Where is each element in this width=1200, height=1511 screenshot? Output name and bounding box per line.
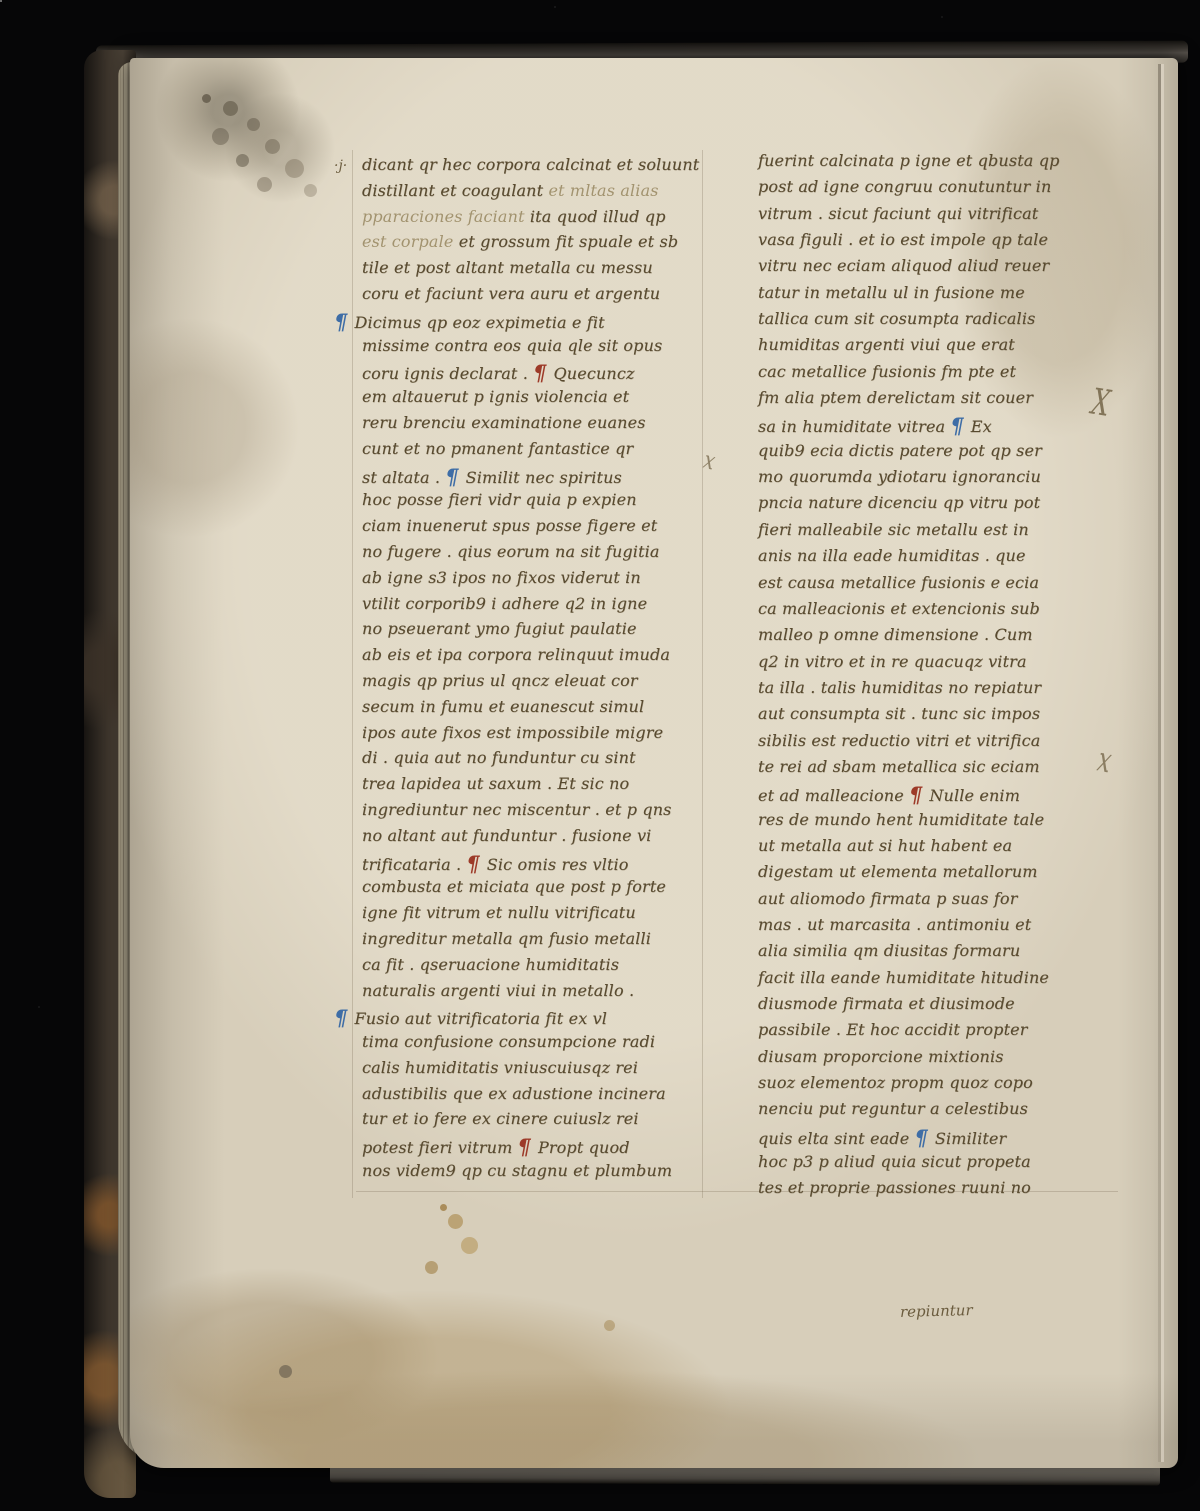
pilcrow-blue-icon: ¶ (914, 1127, 928, 1148)
text-line: hoc posse fieri vidr quia p expien (362, 490, 714, 516)
parchment-page: ·j· x X x dicant qr hec corpora calcinat… (130, 58, 1178, 1468)
line-text: facit illa eande humiditate hitudine (758, 968, 1049, 987)
line-text: sibilis est reductio vitri et vitrifica (758, 731, 1040, 750)
text-line: sibilis est reductio vitri et vitrifica (758, 731, 1110, 757)
text-line: em altauerut p ignis violencia et (362, 387, 714, 413)
text-line: ca fit . qseruacione humiditatis (362, 955, 714, 981)
pilcrow-blue-icon: ¶ (334, 1007, 348, 1028)
line-text: te rei ad sbam metallica sic eciam (758, 757, 1040, 776)
text-line: ab eis et ipa corpora relinquut imuda (362, 645, 714, 671)
text-line: anis na illa eade humiditas . que (758, 546, 1110, 572)
text-line: vitru nec eciam aliquod aliud reuer (758, 256, 1110, 282)
pilcrow-red-icon: ¶ (517, 1136, 531, 1157)
line-text: vitrum . sicut faciunt qui vitrificat (758, 204, 1038, 223)
text-line: calis humiditatis vniuscuiusqz rei (362, 1058, 714, 1084)
text-line: trea lapidea ut saxum . Et sic no (362, 774, 714, 800)
text-line: diusam proporcione mixtionis (758, 1047, 1110, 1073)
text-line: ¶Fusio aut vitrificatoria fit ex vl (362, 1006, 714, 1032)
line-text: vitru nec eciam aliquod aliud reuer (758, 256, 1049, 275)
stain-droplets (440, 1204, 447, 1211)
line-text: et mltas alias (548, 181, 658, 200)
line-text: no fugere . qius eorum na sit fugitia (362, 542, 660, 561)
margin-signature-mark: ·j· (334, 158, 347, 174)
pilcrow-blue-icon: ¶ (445, 466, 459, 487)
text-column-right: fuerint calcinata p igne et qbusta qppos… (758, 151, 1110, 1205)
line-text: ipos aute fixos est impossibile migre (362, 723, 663, 742)
pilcrow-blue-icon: ¶ (334, 311, 348, 332)
line-text: adustibilis que ex adustione incinera (362, 1084, 666, 1103)
line-text: trificataria . (362, 855, 461, 874)
line-text: post ad igne congruu conutuntur in (758, 177, 1051, 196)
line-text: tima confusione consumpcione radi (362, 1032, 655, 1051)
pilcrow-red-icon: ¶ (466, 853, 480, 874)
line-text: ciam inuenerut spus posse figere et (362, 516, 657, 535)
text-line: te rei ad sbam metallica sic eciam (758, 757, 1110, 783)
line-text: digestam ut elementa metallorum (758, 862, 1038, 881)
line-text: ta illa . talis humiditas no repiatur (758, 678, 1041, 697)
text-line: cunt et no pmanent fantastice qr (362, 439, 714, 465)
line-text: naturalis argenti viui in metallo . (362, 981, 634, 1000)
text-line: vtilit corporib9 i adhere q2 in igne (362, 594, 714, 620)
line-text: ut metalla aut si hut habent ea (758, 836, 1012, 855)
text-line: est corpale et grossum fit spuale et sb (362, 232, 714, 258)
text-line: di . quia aut no funduntur cu sint (362, 748, 714, 774)
text-line: sa in humiditate vitrea¶Ex (758, 414, 1110, 440)
line-text: igne fit vitrum et nullu vitrificatu (362, 903, 636, 922)
text-line: ingreditur metalla qm fusio metalli (362, 929, 714, 955)
text-line: coru ignis declarat .¶Quecuncz (362, 361, 714, 387)
text-line: reru brenciu examinatione euanes (362, 413, 714, 439)
text-line: mas . ut marcasita . antimoniu et (758, 915, 1110, 941)
text-line: facit illa eande humiditate hitudine (758, 968, 1110, 994)
line-text: diusmode firmata et diusimode (758, 994, 1015, 1013)
text-line: hoc p3 p aliud quia sicut propeta (758, 1152, 1110, 1178)
text-line: tatur in metallu ul in fusione me (758, 283, 1110, 309)
line-text: pparaciones faciant (362, 207, 530, 226)
line-text: st altata . (362, 468, 440, 487)
line-text: tur et io fere ex cinere cuiuslz rei (362, 1109, 639, 1128)
text-line: dicant qr hec corpora calcinat et soluun… (362, 155, 714, 181)
line-text: mas . ut marcasita . antimoniu et (758, 915, 1031, 934)
catchword: repiuntur (900, 1301, 973, 1321)
text-line: tima confusione consumpcione radi (362, 1032, 714, 1058)
line-text: Ex (971, 417, 992, 436)
text-line: missime contra eos quia qle sit opus (362, 336, 714, 362)
text-line: cac metallice fusionis fm pte et (758, 362, 1110, 388)
text-line: naturalis argenti viui in metallo . (362, 981, 714, 1007)
line-text: ab igne s3 ipos no fixos viderut in (362, 568, 641, 587)
line-text: vasa figuli . et io est impole qp tale (758, 230, 1048, 249)
text-line: ta illa . talis humiditas no repiatur (758, 678, 1110, 704)
text-line: adustibilis que ex adustione incinera (362, 1084, 714, 1110)
pilcrow-red-icon: ¶ (533, 362, 547, 383)
line-text: tallica cum sit cosumpta radicalis (758, 309, 1035, 328)
text-line: et ad malleacione¶Nulle enim (758, 783, 1110, 809)
text-line: quis elta sint eade¶Similiter (758, 1126, 1110, 1152)
text-line: diusmode firmata et diusimode (758, 994, 1110, 1020)
line-text: magis qp prius ul qncz eleuat cor (362, 671, 638, 690)
line-text: missime contra eos quia qle sit opus (362, 336, 662, 355)
text-line: passibile . Et hoc accidit propter (758, 1020, 1110, 1046)
stain-speckles (202, 94, 211, 103)
text-line: est causa metallice fusionis e ecia (758, 573, 1110, 599)
line-text: coru ignis declarat . (362, 364, 528, 383)
line-text: distillant et coagulant (362, 181, 548, 200)
line-text: diusam proporcione mixtionis (758, 1047, 1004, 1066)
text-line: vitrum . sicut faciunt qui vitrificat (758, 204, 1110, 230)
text-line: secum in fumu et euanescut simul (362, 697, 714, 723)
line-text: ingreditur metalla qm fusio metalli (362, 929, 651, 948)
text-line: trificataria .¶Sic omis res vltio (362, 852, 714, 878)
line-text: hoc p3 p aliud quia sicut propeta (758, 1152, 1031, 1171)
line-text: Similiter (935, 1129, 1007, 1148)
text-line: ut metalla aut si hut habent ea (758, 836, 1110, 862)
line-text: reru brenciu examinatione euanes (362, 413, 646, 432)
text-line: ingrediuntur nec miscentur . et p qns (362, 800, 714, 826)
text-line: nos videm9 qp cu stagnu et plumbum (362, 1161, 714, 1187)
line-text: q2 in vitro et in re quacuqz vitra (758, 652, 1027, 671)
text-line: pncia nature dicenciu qp vitru pot (758, 493, 1110, 519)
text-line: distillant et coagulant et mltas alias (362, 181, 714, 207)
line-text: res de mundo hent humiditate tale (758, 810, 1044, 829)
line-text: di . quia aut no funduntur cu sint (362, 748, 636, 767)
text-line: res de mundo hent humiditate tale (758, 810, 1110, 836)
line-text: passibile . Et hoc accidit propter (758, 1020, 1028, 1039)
text-line: no altant aut funduntur . fusione vi (362, 826, 714, 852)
line-text: Nulle enim (929, 786, 1020, 805)
text-line: st altata .¶Similit nec spiritus (362, 465, 714, 491)
text-line: no fugere . qius eorum na sit fugitia (362, 542, 714, 568)
pilcrow-red-icon: ¶ (909, 784, 923, 805)
text-line: tallica cum sit cosumpta radicalis (758, 309, 1110, 335)
text-line: suoz elementoz propm quoz copo (758, 1073, 1110, 1099)
line-text: no pseuerant ymo fugiut paulatie (362, 619, 637, 638)
dust-specks (0, 0, 2, 2)
line-text: nos videm9 qp cu stagnu et plumbum (362, 1161, 672, 1180)
text-line: ab igne s3 ipos no fixos viderut in (362, 568, 714, 594)
text-line: humiditas argenti viui que erat (758, 335, 1110, 361)
line-text: Fusio aut vitrificatoria fit ex vl (355, 1009, 608, 1028)
text-line: quib9 ecia dictis patere pot qp ser (758, 441, 1110, 467)
line-text: quib9 ecia dictis patere pot qp ser (758, 441, 1042, 460)
line-text: humiditas argenti viui que erat (758, 335, 1015, 354)
text-line: ¶Dicimus qp eoz expimetia e fit (362, 310, 714, 336)
text-line: ca malleacionis et extencionis sub (758, 599, 1110, 625)
line-text: ab eis et ipa corpora relinquut imuda (362, 645, 670, 664)
pilcrow-blue-icon: ¶ (950, 415, 964, 436)
text-line: ciam inuenerut spus posse figere et (362, 516, 714, 542)
text-line: q2 in vitro et in re quacuqz vitra (758, 652, 1110, 678)
line-text: hoc posse fieri vidr quia p expien (362, 490, 637, 509)
line-text: cunt et no pmanent fantastice qr (362, 439, 633, 458)
text-line: mo quorumda ydiotaru ignoranciu (758, 467, 1110, 493)
line-text: tile et post altant metalla cu messu (362, 258, 653, 277)
line-text: coru et faciunt vera auru et argentu (362, 284, 660, 303)
line-text: est causa metallice fusionis e ecia (758, 573, 1039, 592)
line-text: cac metallice fusionis fm pte et (758, 362, 1016, 381)
text-line: coru et faciunt vera auru et argentu (362, 284, 714, 310)
line-text: vtilit corporib9 i adhere q2 in igne (362, 594, 647, 613)
text-line: tur et io fere ex cinere cuiuslz rei (362, 1109, 714, 1135)
line-text: fuerint calcinata p igne et qbusta qp (758, 151, 1060, 170)
line-text: secum in fumu et euanescut simul (362, 697, 644, 716)
line-text: nenciu put reguntur a celestibus (758, 1099, 1028, 1118)
line-text: fm alia ptem derelictam sit couer (758, 388, 1033, 407)
text-line: post ad igne congruu conutuntur in (758, 177, 1110, 203)
line-text: quis elta sint eade (758, 1129, 909, 1148)
line-text: fieri malleabile sic metallu est in (758, 520, 1029, 539)
text-line: alia similia qm diusitas formaru (758, 941, 1110, 967)
text-line: pparaciones faciant ita quod illud qp (362, 207, 714, 233)
line-text: suoz elementoz propm quoz copo (758, 1073, 1033, 1092)
line-text: Dicimus qp eoz expimetia e fit (355, 313, 605, 332)
text-line: magis qp prius ul qncz eleuat cor (362, 671, 714, 697)
text-line: fuerint calcinata p igne et qbusta qp (758, 151, 1110, 177)
line-text: mo quorumda ydiotaru ignoranciu (758, 467, 1041, 486)
line-text: et grossum fit spuale et sb (459, 232, 679, 251)
ruling-line-vertical (352, 150, 353, 1198)
line-text: ingrediuntur nec miscentur . et p qns (362, 800, 672, 819)
text-line: tes et proprie passiones ruuni no (758, 1178, 1110, 1204)
text-line: tile et post altant metalla cu messu (362, 258, 714, 284)
page-fold-crease (1158, 64, 1161, 1462)
line-text: aut consumpta sit . tunc sic impos (758, 704, 1040, 723)
text-line: ipos aute fixos est impossibile migre (362, 723, 714, 749)
line-text: tatur in metallu ul in fusione me (758, 283, 1025, 302)
line-text: Quecuncz (554, 364, 635, 383)
text-line: aut consumpta sit . tunc sic impos (758, 704, 1110, 730)
line-text: combusta et miciata que post p forte (362, 877, 666, 896)
text-line: fieri malleabile sic metallu est in (758, 520, 1110, 546)
text-column-left: dicant qr hec corpora calcinat et soluun… (362, 155, 714, 1187)
text-line: vasa figuli . et io est impole qp tale (758, 230, 1110, 256)
line-text: ca malleacionis et extencionis sub (758, 599, 1040, 618)
line-text: no altant aut funduntur . fusione vi (362, 826, 651, 845)
line-text: em altauerut p ignis violencia et (362, 387, 629, 406)
line-text: calis humiditatis vniuscuiusqz rei (362, 1058, 638, 1077)
line-text: est corpale (362, 232, 459, 251)
line-text: ita quod illud qp (530, 207, 666, 226)
text-line: aut aliomodo firmata p suas for (758, 889, 1110, 915)
line-text: Propt quod (538, 1138, 630, 1157)
line-text: pncia nature dicenciu qp vitru pot (758, 493, 1040, 512)
manuscript-photo: ·j· x X x dicant qr hec corpora calcinat… (0, 0, 1200, 1511)
text-line: nenciu put reguntur a celestibus (758, 1099, 1110, 1125)
text-line: fm alia ptem derelictam sit couer (758, 388, 1110, 414)
line-text: tes et proprie passiones ruuni no (758, 1178, 1031, 1197)
text-line: igne fit vitrum et nullu vitrificatu (362, 903, 714, 929)
line-text: aut aliomodo firmata p suas for (758, 889, 1018, 908)
line-text: ca fit . qseruacione humiditatis (362, 955, 619, 974)
line-text: dicant qr hec corpora calcinat et soluun… (362, 155, 699, 174)
text-line: malleo p omne dimensione . Cum (758, 625, 1110, 651)
line-text: anis na illa eade humiditas . que (758, 546, 1026, 565)
text-line: potest fieri vitrum¶Propt quod (362, 1135, 714, 1161)
line-text: et ad malleacione (758, 786, 904, 805)
text-line: combusta et miciata que post p forte (362, 877, 714, 903)
text-line: no pseuerant ymo fugiut paulatie (362, 619, 714, 645)
line-text: Sic omis res vltio (487, 855, 629, 874)
line-text: trea lapidea ut saxum . Et sic no (362, 774, 629, 793)
text-line: digestam ut elementa metallorum (758, 862, 1110, 888)
line-text: alia similia qm diusitas formaru (758, 941, 1020, 960)
line-text: malleo p omne dimensione . Cum (758, 625, 1033, 644)
line-text: sa in humiditate vitrea (758, 417, 945, 436)
line-text: Similit nec spiritus (466, 468, 622, 487)
line-text: potest fieri vitrum (362, 1138, 512, 1157)
